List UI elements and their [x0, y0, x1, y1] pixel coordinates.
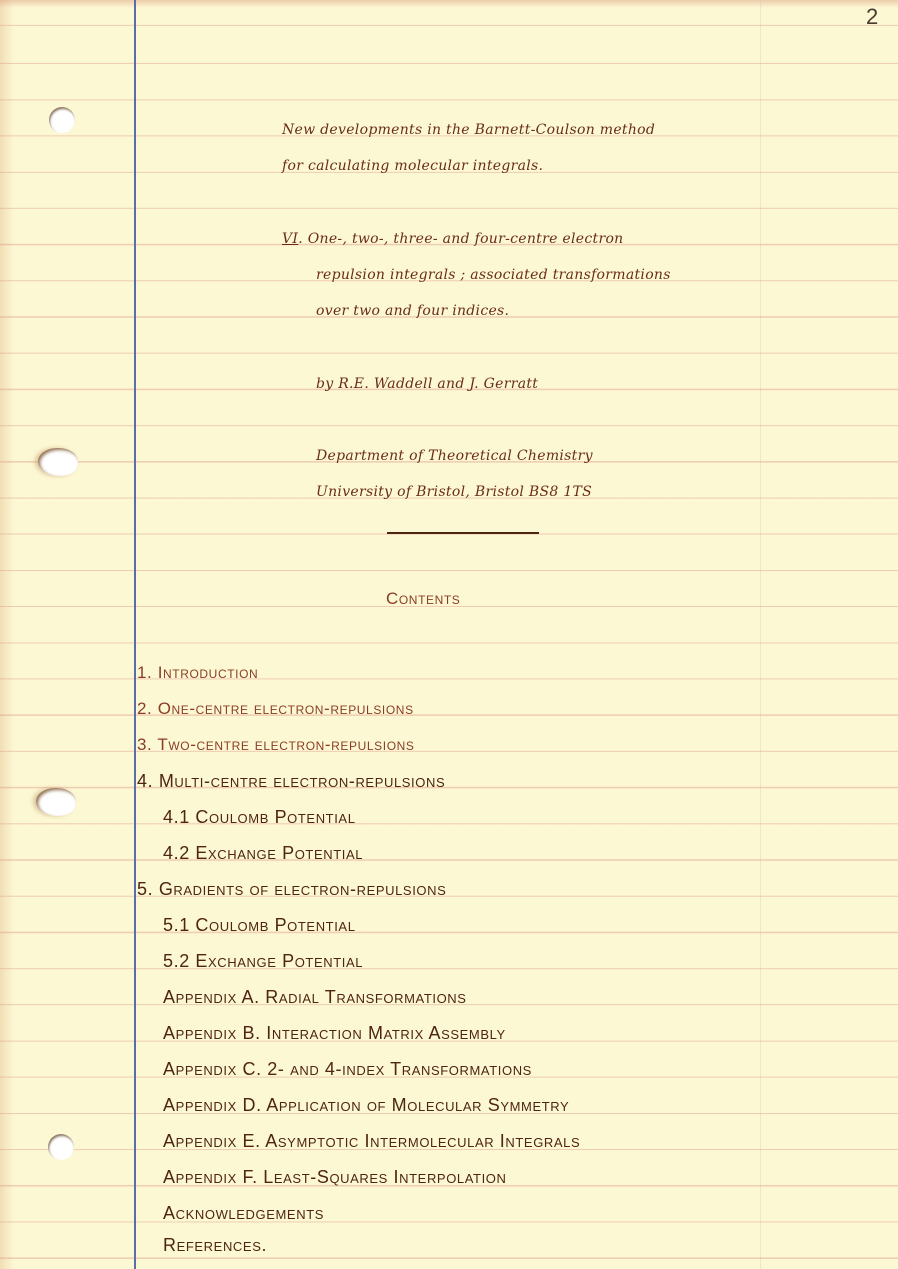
toc-appendix: Appendix B. Interaction Matrix Assembly — [163, 1023, 506, 1044]
toc-subitem: 4.2 Exchange Potential — [163, 843, 363, 864]
page-number: 2 — [866, 4, 878, 30]
toc-item: References. — [163, 1235, 267, 1256]
toc-item: 3. Two-centre electron-repulsions — [137, 735, 415, 755]
part-roman-numeral: VI — [282, 231, 298, 247]
toc-appendix: Appendix C. 2- and 4-index Transformatio… — [163, 1059, 532, 1080]
page-edge-shading — [0, 0, 14, 1269]
department: Department of Theoretical Chemistry — [316, 448, 593, 464]
toc-item: 1. Introduction — [137, 663, 258, 683]
divider-rule — [387, 532, 539, 534]
toc-subitem: 5.2 Exchange Potential — [163, 951, 363, 972]
subtitle-line-1: VI. One-, two-, three- and four-centre e… — [282, 231, 624, 247]
authors: by R.E. Waddell and J. Gerratt — [316, 376, 538, 392]
punch-hole-icon — [48, 1134, 74, 1160]
torn-punch-hole-icon — [38, 448, 78, 476]
margin-line — [134, 0, 136, 1269]
title-line-2: for calculating molecular integrals. — [282, 158, 543, 174]
notebook-page: 2 New developments in the Barnett-Coulso… — [0, 0, 898, 1269]
faint-guide-line — [760, 0, 761, 1269]
toc-subitem: 5.1 Coulomb Potential — [163, 915, 356, 936]
toc-appendix: Appendix F. Least-Squares Interpolation — [163, 1167, 507, 1188]
toc-item: 4. Multi-centre electron-repulsions — [137, 771, 445, 792]
subtitle-line-2: repulsion integrals ; associated transfo… — [316, 267, 671, 283]
punch-hole-icon — [49, 107, 75, 133]
toc-item: 2. One-centre electron-repulsions — [137, 699, 414, 719]
university-address: University of Bristol, Bristol BS8 1TS — [316, 484, 592, 500]
toc-item: 5. Gradients of electron-repulsions — [137, 879, 446, 900]
contents-heading: Contents — [386, 589, 460, 609]
torn-punch-hole-icon — [36, 788, 76, 816]
toc-subitem: 4.1 Coulomb Potential — [163, 807, 356, 828]
toc-appendix: Appendix E. Asymptotic Intermolecular In… — [163, 1131, 580, 1152]
toc-appendix: Appendix D. Application of Molecular Sym… — [163, 1095, 569, 1116]
toc-item: Acknowledgements — [163, 1203, 324, 1224]
title-line-1: New developments in the Barnett-Coulson … — [282, 122, 655, 138]
toc-appendix: Appendix A. Radial Transformations — [163, 987, 467, 1008]
subtitle-line-1-text: . One-, two-, three- and four-centre ele… — [298, 231, 623, 247]
subtitle-line-3: over two and four indices. — [316, 303, 509, 319]
